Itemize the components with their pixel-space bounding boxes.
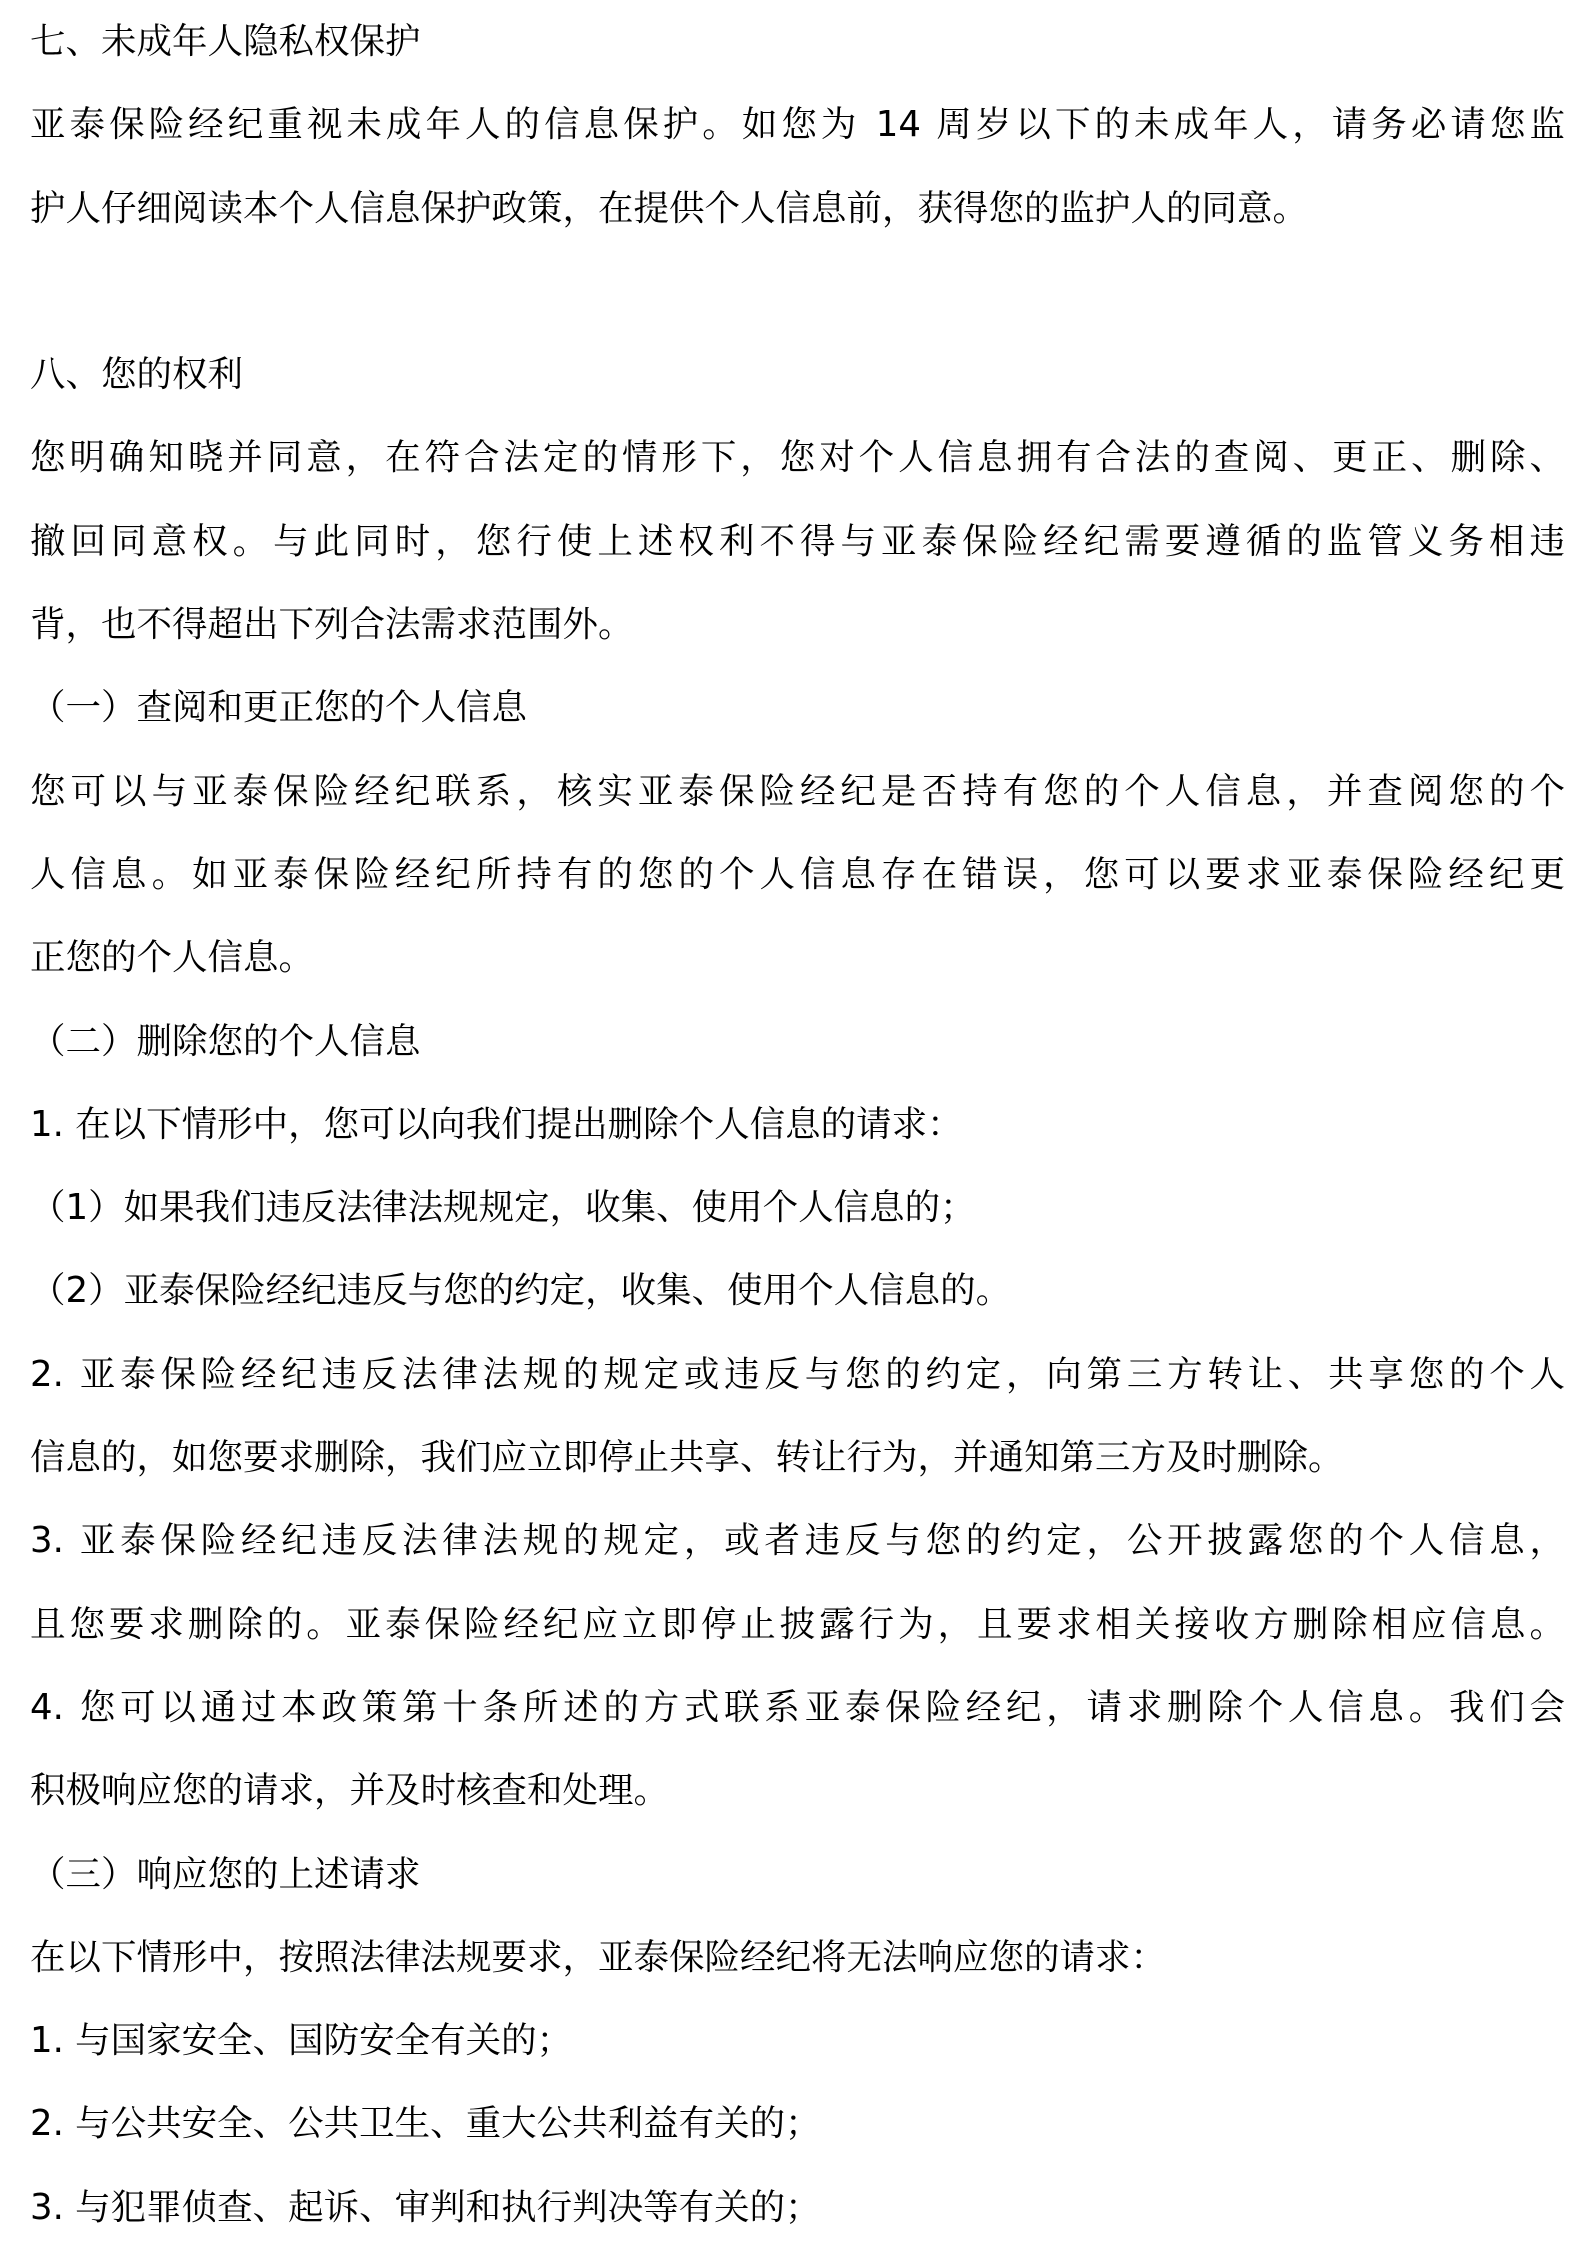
section-heading-minors-privacy: 七、未成年人隐私权保护 xyxy=(30,0,1565,83)
list-item: 4. 您可以通过本政策第十条所述的方式联系亚泰保险经纪，请求删除个人信息。我们会 xyxy=(30,1666,1565,1749)
list-item: 2. 与公共安全、公共卫生、重大公共利益有关的； xyxy=(30,2082,1565,2165)
paragraph-line: 亚泰保险经纪重视未成年人的信息保护。如您为 14 周岁以下的未成年人，请务必请您… xyxy=(30,83,1565,166)
subsection-heading-respond: （三）响应您的上述请求 xyxy=(30,1833,1565,1916)
subsection-heading-delete: （二）删除您的个人信息 xyxy=(30,1000,1565,1083)
list-item: 2. 亚泰保险经纪违反法律法规的规定或违反与您的约定，向第三方转让、共享您的个人 xyxy=(30,1333,1565,1416)
paragraph-line: 您可以与亚泰保险经纪联系，核实亚泰保险经纪是否持有您的个人信息，并查阅您的个 xyxy=(30,750,1565,833)
paragraph-line: 正您的个人信息。 xyxy=(30,916,1565,999)
list-item: 3. 与犯罪侦查、起诉、审判和执行判决等有关的； xyxy=(30,2166,1565,2245)
paragraph-line: 在以下情形中，按照法律法规要求，亚泰保险经纪将无法响应您的请求： xyxy=(30,1916,1565,1999)
list-item: 1. 在以下情形中，您可以向我们提出删除个人信息的请求： xyxy=(30,1083,1565,1166)
paragraph-line: 人信息。如亚泰保险经纪所持有的您的个人信息存在错误，您可以要求亚泰保险经纪更 xyxy=(30,833,1565,916)
list-item: （2）亚泰保险经纪违反与您的约定，收集、使用个人信息的。 xyxy=(30,1249,1565,1332)
list-item: 3. 亚泰保险经纪违反法律法规的规定，或者违反与您的约定，公开披露您的个人信息， xyxy=(30,1499,1565,1582)
blank-spacer xyxy=(30,250,1565,333)
list-item: 1. 与国家安全、国防安全有关的； xyxy=(30,1999,1565,2082)
paragraph-line: 撤回同意权。与此同时，您行使上述权利不得与亚泰保险经纪需要遵循的监管义务相违 xyxy=(30,500,1565,583)
list-item-continuation: 信息的，如您要求删除，我们应立即停止共享、转让行为，并通知第三方及时删除。 xyxy=(30,1416,1565,1499)
subsection-heading-access-correct: （一）查阅和更正您的个人信息 xyxy=(30,666,1565,749)
list-item: （1）如果我们违反法律法规规定，收集、使用个人信息的； xyxy=(30,1166,1565,1249)
paragraph-line: 护人仔细阅读本个人信息保护政策，在提供个人信息前，获得您的监护人的同意。 xyxy=(30,167,1565,250)
paragraph-line: 您明确知晓并同意，在符合法定的情形下，您对个人信息拥有合法的查阅、更正、删除、 xyxy=(30,416,1565,499)
document-page: 七、未成年人隐私权保护 亚泰保险经纪重视未成年人的信息保护。如您为 14 周岁以… xyxy=(30,0,1565,2245)
paragraph-line: 背，也不得超出下列合法需求范围外。 xyxy=(30,583,1565,666)
list-item-continuation: 且您要求删除的。亚泰保险经纪应立即停止披露行为，且要求相关接收方删除相应信息。 xyxy=(30,1583,1565,1666)
section-heading-your-rights: 八、您的权利 xyxy=(30,333,1565,416)
list-item-continuation: 积极响应您的请求，并及时核查和处理。 xyxy=(30,1749,1565,1832)
